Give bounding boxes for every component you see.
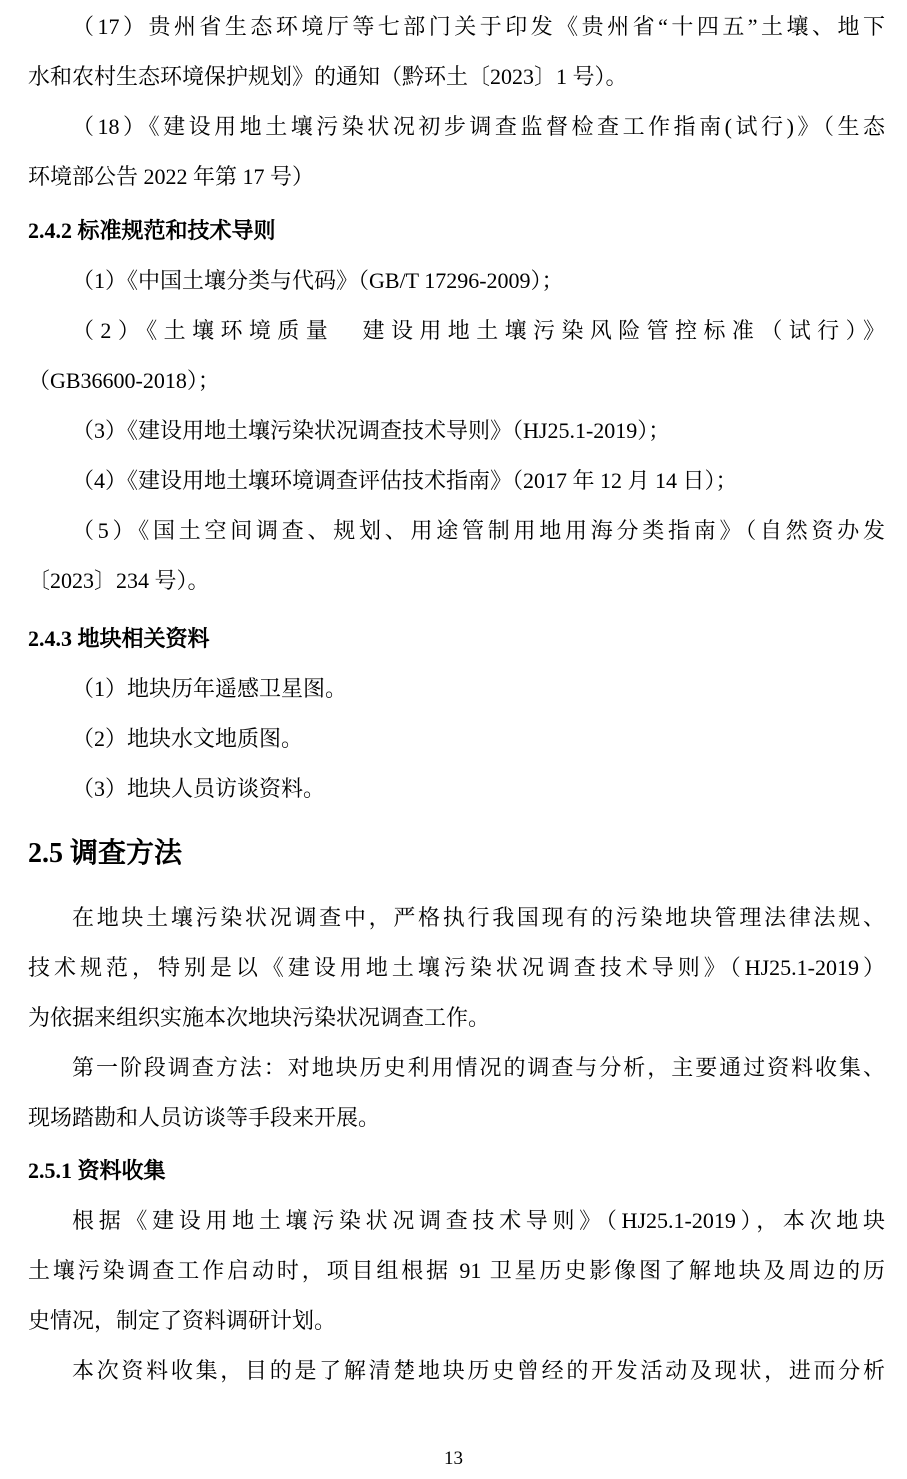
material-item-2: （2）地块水文地质图。 bbox=[28, 714, 885, 764]
section-heading-2-4-2: 2.4.2 标准规范和技术导则 bbox=[28, 206, 885, 256]
standard-item-1: （1）《中国土壤分类与代码》（GB/T 17296-2009）； bbox=[28, 256, 885, 306]
standard-item-5-line-2: 〔2023〕234 号）。 bbox=[28, 556, 885, 606]
collection-paragraph-line-3: 史情况，制定了资料调研计划。 bbox=[28, 1296, 885, 1346]
method-paragraph-line-3: 为依据来组织实施本次地块污染状况调查工作。 bbox=[28, 993, 885, 1043]
page-number: 13 bbox=[0, 1446, 907, 1472]
standard-item-4: （4）《建设用地土壤环境调查评估技术指南》（2017 年 12 月 14 日）； bbox=[28, 456, 885, 506]
collection-paragraph-line-1: 根据《建设用地土壤污染状况调查技术导则》（HJ25.1-2019），本次地块 bbox=[28, 1196, 885, 1246]
material-item-1: （1）地块历年遥感卫星图。 bbox=[28, 664, 885, 714]
method-paragraph-line-2: 技术规范，特别是以《建设用地土壤污染状况调查技术导则》（HJ25.1-2019） bbox=[28, 943, 885, 993]
reference-item-17-line-2: 水和农村生态环境保护规划》的通知（黔环土〔2023〕1 号）。 bbox=[28, 52, 885, 102]
standard-item-2-line-1: （2）《土壤环境质量 建设用地土壤污染风险管控标准（试行）》 bbox=[28, 306, 885, 356]
material-item-3: （3）地块人员访谈资料。 bbox=[28, 764, 885, 814]
reference-item-18-line-1: （18）《建设用地土壤污染状况初步调查监督检查工作指南(试行)》（生态 bbox=[28, 102, 885, 152]
phase1-paragraph-line-1: 第一阶段调查方法：对地块历史利用情况的调查与分析，主要通过资料收集、 bbox=[28, 1043, 885, 1093]
document-page: （17）贵州省生态环境厅等七部门关于印发《贵州省“十四五”土壤、地下 水和农村生… bbox=[0, 0, 907, 1479]
collection-paragraph-line-2: 土壤污染调查工作启动时，项目组根据 91 卫星历史影像图了解地块及周边的历 bbox=[28, 1246, 885, 1296]
phase1-paragraph-line-2: 现场踏勘和人员访谈等手段来开展。 bbox=[28, 1093, 885, 1143]
section-heading-2-4-3: 2.4.3 地块相关资料 bbox=[28, 614, 885, 664]
chapter-heading-2-5: 2.5 调查方法 bbox=[28, 824, 885, 884]
purpose-paragraph-line-1: 本次资料收集，目的是了解清楚地块历史曾经的开发活动及现状，进而分析 bbox=[28, 1346, 885, 1396]
reference-item-18-line-2: 环境部公告 2022 年第 17 号） bbox=[28, 152, 885, 202]
document-content: （17）贵州省生态环境厅等七部门关于印发《贵州省“十四五”土壤、地下 水和农村生… bbox=[28, 2, 885, 1396]
section-heading-2-5-1: 2.5.1 资料收集 bbox=[28, 1146, 885, 1196]
reference-item-17-line-1: （17）贵州省生态环境厅等七部门关于印发《贵州省“十四五”土壤、地下 bbox=[28, 2, 885, 52]
standard-item-3: （3）《建设用地土壤污染状况调查技术导则》（HJ25.1-2019）； bbox=[28, 406, 885, 456]
method-paragraph-line-1: 在地块土壤污染状况调查中，严格执行我国现有的污染地块管理法律法规、 bbox=[28, 893, 885, 943]
standard-item-2-line-2: （GB36600-2018）； bbox=[28, 356, 885, 406]
standard-item-5-line-1: （5）《国土空间调查、规划、用途管制用地用海分类指南》（自然资办发 bbox=[28, 506, 885, 556]
